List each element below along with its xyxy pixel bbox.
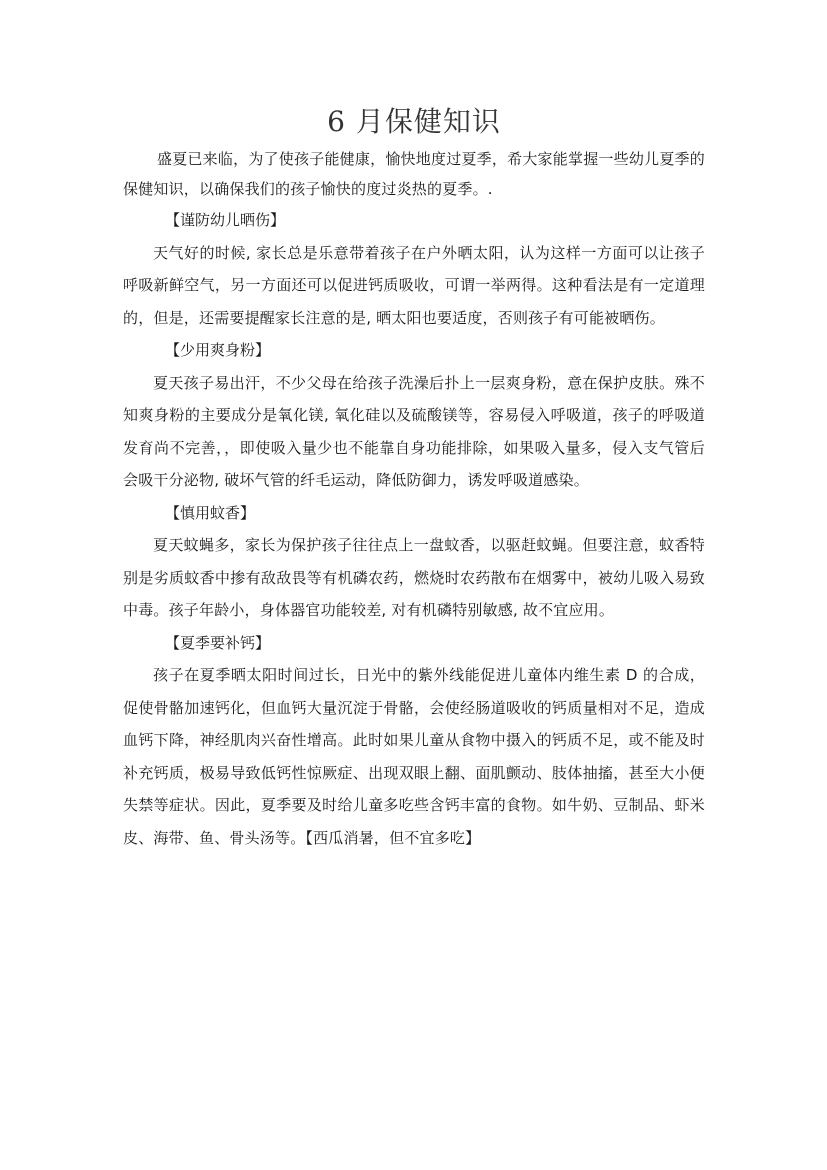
section-heading-powder: 【少用爽身粉】 xyxy=(123,334,705,367)
section-heading-calcium: 【夏季要补钙】 xyxy=(123,627,705,660)
document-title: 6 月保健知识 xyxy=(123,100,705,144)
intro-paragraph: 盛夏已来临，为了使孩子能健康，愉快地度过夏季，希大家能掌握一些幼儿夏季的保健知识… xyxy=(123,144,705,204)
document-page: 6 月保健知识 盛夏已来临，为了使孩子能健康，愉快地度过夏季，希大家能掌握一些幼… xyxy=(123,100,705,854)
section-body-calcium: 孩子在夏季晒太阳时间过长，日光中的紫外线能促进儿童体内维生素 D 的合成，促使骨… xyxy=(123,659,705,854)
section-body-mosquito-coil: 夏天蚊蝇多，家长为保护孩子往往点上一盘蚊香，以驱赶蚊蝇。但要注意，蚊香特别是劣质… xyxy=(123,529,705,627)
section-heading-mosquito-coil: 【慎用蚊香】 xyxy=(123,497,705,530)
section-body-sunburn: 天气好的时候, 家长总是乐意带着孩子在户外晒太阳，认为这样一方面可以让孩子呼吸新… xyxy=(123,237,705,335)
section-body-powder: 夏天孩子易出汗，不少父母在给孩子洗澡后扑上一层爽身粉，意在保护皮肤。殊不知爽身粉… xyxy=(123,367,705,497)
section-heading-sunburn: 【谨防幼儿晒伤】 xyxy=(123,204,705,237)
